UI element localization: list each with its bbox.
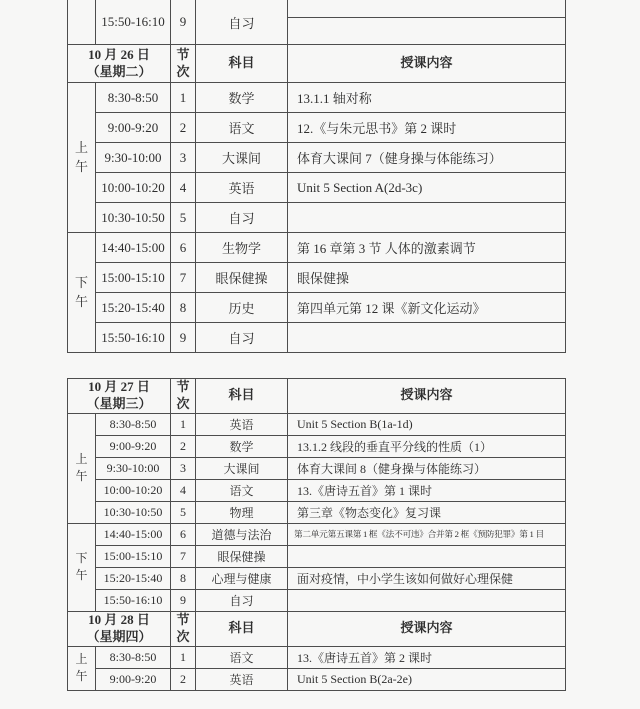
time-cell: 10:00-10:20 xyxy=(96,173,171,203)
period-cell: 6 xyxy=(171,233,196,263)
time-cell: 9:00-9:20 xyxy=(96,113,171,143)
session-label-afternoon: 下午 xyxy=(68,523,96,611)
period-column-header: 节次 xyxy=(171,379,196,414)
subject-cell: 英语 xyxy=(196,668,288,690)
schedule-row: 9:30-10:003大课间体育大课间 7（健身操与体能练习） xyxy=(68,143,566,173)
period-cell: 9 xyxy=(171,323,196,353)
period-column-header: 节次 xyxy=(171,45,196,83)
timetable-sheet: 15:50-16:109自习10 月 26 日（星期二）节次科目授课内容上午8:… xyxy=(0,0,640,709)
period-cell: 7 xyxy=(171,545,196,567)
schedule-row: 15:00-15:107眼保健操眼保健操 xyxy=(68,263,566,293)
time-cell: 15:50-16:10 xyxy=(96,0,171,45)
previous-day-partial-row: 15:50-16:109自习 xyxy=(68,0,566,45)
date-header: 10 月 26 日（星期二） xyxy=(68,45,171,83)
period-cell: 1 xyxy=(171,83,196,113)
schedule-row: 9:00-9:202语文12.《与朱元思书》第 2 课时 xyxy=(68,113,566,143)
content-cell: Unit 5 Section B(2a-2e) xyxy=(288,668,566,690)
content-cell: 眼保健操 xyxy=(288,263,566,293)
subject-cell: 语文 xyxy=(196,646,288,668)
schedule-row: 下午14:40-15:006道德与法治第二单元第五课第 1 框《法不可违》合并第… xyxy=(68,523,566,545)
table-header-row: 10 月 27 日（星期三）节次科目授课内容 xyxy=(68,379,566,414)
time-cell: 15:00-15:10 xyxy=(96,263,171,293)
subject-cell: 物理 xyxy=(196,501,288,523)
period-cell: 8 xyxy=(171,567,196,589)
date-text: 10 月 27 日 xyxy=(68,379,170,396)
subject-cell: 心理与健康 xyxy=(196,567,288,589)
content-cell: 13.《唐诗五首》第 2 课时 xyxy=(288,646,566,668)
schedule-row: 10:00-10:204语文13.《唐诗五首》第 1 课时 xyxy=(68,479,566,501)
time-cell: 8:30-8:50 xyxy=(96,83,171,113)
time-cell: 14:40-15:00 xyxy=(96,233,171,263)
content-cell xyxy=(288,545,566,567)
subject-cell: 大课间 xyxy=(196,457,288,479)
schedule-row: 10:30-10:505自习 xyxy=(68,203,566,233)
content-cell: Unit 5 Section A(2d-3c) xyxy=(288,173,566,203)
subject-cell: 自习 xyxy=(196,203,288,233)
subject-cell: 历史 xyxy=(196,293,288,323)
content-column-header: 授课内容 xyxy=(288,611,566,646)
time-cell: 8:30-8:50 xyxy=(96,413,171,435)
period-cell: 2 xyxy=(171,113,196,143)
content-cell: 13.1.1 轴对称 xyxy=(288,83,566,113)
content-cell: 体育大课间 7（健身操与体能练习） xyxy=(288,143,566,173)
time-cell: 10:30-10:50 xyxy=(96,203,171,233)
period-cell: 3 xyxy=(171,457,196,479)
schedule-row: 15:20-15:408心理与健康面对疫情，中小学生该如何做好心理保健 xyxy=(68,567,566,589)
schedule-row: 上午8:30-8:501英语Unit 5 Section B(1a-1d) xyxy=(68,413,566,435)
period-cell: 5 xyxy=(171,203,196,233)
content-cell: 第三章《物态变化》复习课 xyxy=(288,501,566,523)
subject-cell: 大课间 xyxy=(196,143,288,173)
schedule-row: 15:20-15:408历史第四单元第 12 课《新文化运动》 xyxy=(68,293,566,323)
session-label-morning: 上午 xyxy=(68,83,96,233)
content-cell xyxy=(288,589,566,611)
subject-cell: 自习 xyxy=(196,323,288,353)
time-cell: 8:30-8:50 xyxy=(96,646,171,668)
subject-column-header: 科目 xyxy=(196,379,288,414)
content-cell: Unit 5 Section B(1a-1d) xyxy=(288,413,566,435)
period-cell: 4 xyxy=(171,173,196,203)
table-header-row: 10 月 26 日（星期二）节次科目授课内容 xyxy=(68,45,566,83)
content-cell: 第四单元第 12 课《新文化运动》 xyxy=(288,293,566,323)
subject-cell: 道德与法治 xyxy=(196,523,288,545)
subject-cell: 英语 xyxy=(196,413,288,435)
period-cell: 7 xyxy=(171,263,196,293)
date-header: 10 月 27 日（星期三） xyxy=(68,379,171,414)
time-cell: 15:50-16:10 xyxy=(96,323,171,353)
subject-cell: 数学 xyxy=(196,83,288,113)
period-cell: 1 xyxy=(171,413,196,435)
time-cell: 15:00-15:10 xyxy=(96,545,171,567)
content-column-header: 授课内容 xyxy=(288,379,566,414)
schedule-row: 15:50-16:109自习 xyxy=(68,323,566,353)
time-cell: 9:00-9:20 xyxy=(96,435,171,457)
subject-cell: 数学 xyxy=(196,435,288,457)
time-cell: 15:20-15:40 xyxy=(96,293,171,323)
date-header: 10 月 28 日（星期四） xyxy=(68,611,171,646)
session-label-morning: 上午 xyxy=(68,413,96,523)
weekday-text: （星期三） xyxy=(68,396,170,413)
schedule-row: 下午14:40-15:006生物学第 16 章第 3 节 人体的激素调节 xyxy=(68,233,566,263)
period-cell: 9 xyxy=(171,589,196,611)
session-label-afternoon: 下午 xyxy=(68,233,96,353)
time-cell: 9:30-10:00 xyxy=(96,143,171,173)
weekday-text: （星期二） xyxy=(68,64,170,81)
subject-column-header: 科目 xyxy=(196,611,288,646)
content-cell xyxy=(288,203,566,233)
schedule-row: 10:00-10:204英语Unit 5 Section A(2d-3c) xyxy=(68,173,566,203)
content-cell: 13.1.2 线段的垂直平分线的性质（1） xyxy=(288,435,566,457)
schedule-row: 15:50-16:109自习 xyxy=(68,589,566,611)
content-cell: 13.《唐诗五首》第 1 课时 xyxy=(288,479,566,501)
subject-cell: 自习 xyxy=(196,0,288,45)
time-cell: 9:30-10:00 xyxy=(96,457,171,479)
period-cell: 5 xyxy=(171,501,196,523)
period-cell: 2 xyxy=(171,668,196,690)
period-cell: 6 xyxy=(171,523,196,545)
content-column-header: 授课内容 xyxy=(288,45,566,83)
period-column-header: 节次 xyxy=(171,611,196,646)
schedule-row: 上午8:30-8:501数学13.1.1 轴对称 xyxy=(68,83,566,113)
subject-cell: 生物学 xyxy=(196,233,288,263)
period-cell: 8 xyxy=(171,293,196,323)
schedule-row: 9:30-10:003大课间体育大课间 8（健身操与体能练习） xyxy=(68,457,566,479)
content-cell xyxy=(288,323,566,353)
content-cell xyxy=(288,0,566,45)
period-cell: 2 xyxy=(171,435,196,457)
schedule-row: 15:00-15:107眼保健操 xyxy=(68,545,566,567)
time-cell: 14:40-15:00 xyxy=(96,523,171,545)
subject-cell: 自习 xyxy=(196,589,288,611)
subject-column-header: 科目 xyxy=(196,45,288,83)
date-text: 10 月 28 日 xyxy=(68,612,170,629)
time-cell: 15:50-16:10 xyxy=(96,589,171,611)
weekday-text: （星期四） xyxy=(68,629,170,646)
schedule-row: 9:00-9:202数学13.1.2 线段的垂直平分线的性质（1） xyxy=(68,435,566,457)
session-cell-empty xyxy=(68,0,96,45)
subject-cell: 眼保健操 xyxy=(196,263,288,293)
subject-cell: 语文 xyxy=(196,479,288,501)
time-cell: 15:20-15:40 xyxy=(96,567,171,589)
subject-cell: 眼保健操 xyxy=(196,545,288,567)
session-label-morning: 上午 xyxy=(68,646,96,690)
content-cell: 第 16 章第 3 节 人体的激素调节 xyxy=(288,233,566,263)
content-cell: 第二单元第五课第 1 框《法不可违》合并第 2 框《预防犯罪》第 1 目 xyxy=(288,523,566,545)
subject-cell: 语文 xyxy=(196,113,288,143)
content-cell: 12.《与朱元思书》第 2 课时 xyxy=(288,113,566,143)
period-cell: 9 xyxy=(171,0,196,45)
time-cell: 10:00-10:20 xyxy=(96,479,171,501)
content-cell: 面对疫情，中小学生该如何做好心理保健 xyxy=(288,567,566,589)
day-table-oct26: 15:50-16:109自习10 月 26 日（星期二）节次科目授课内容上午8:… xyxy=(67,0,566,353)
schedule-row: 10:30-10:505物理第三章《物态变化》复习课 xyxy=(68,501,566,523)
schedule-row: 9:00-9:202英语Unit 5 Section B(2a-2e) xyxy=(68,668,566,690)
day-table-oct27-28: 10 月 27 日（星期三）节次科目授课内容上午8:30-8:501英语Unit… xyxy=(67,378,566,691)
subject-cell: 英语 xyxy=(196,173,288,203)
table-header-row: 10 月 28 日（星期四）节次科目授课内容 xyxy=(68,611,566,646)
time-cell: 9:00-9:20 xyxy=(96,668,171,690)
period-cell: 4 xyxy=(171,479,196,501)
period-cell: 3 xyxy=(171,143,196,173)
schedule-row: 上午8:30-8:501语文13.《唐诗五首》第 2 课时 xyxy=(68,646,566,668)
time-cell: 10:30-10:50 xyxy=(96,501,171,523)
content-cell: 体育大课间 8（健身操与体能练习） xyxy=(288,457,566,479)
period-cell: 1 xyxy=(171,646,196,668)
date-text: 10 月 26 日 xyxy=(68,47,170,64)
